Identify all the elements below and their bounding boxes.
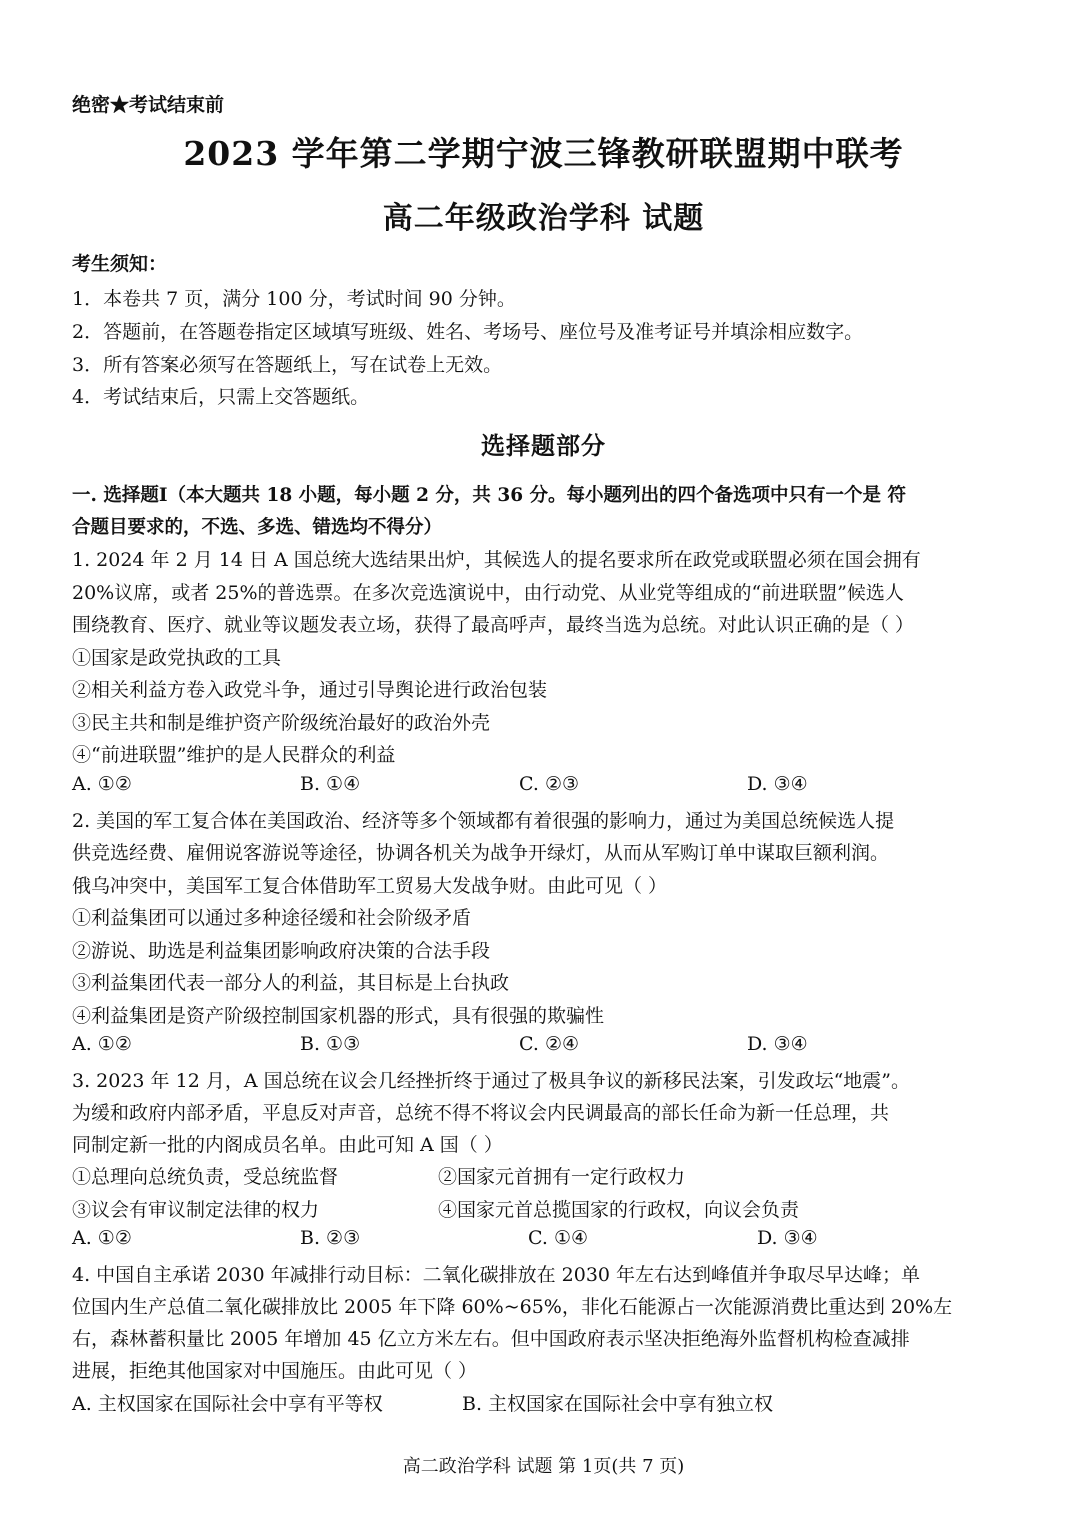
option-b: B. ①④ — [300, 773, 360, 795]
option-b: B. ①③ — [300, 1033, 360, 1055]
statement: ①国家是政党执政的工具 — [72, 643, 281, 670]
statement: ④“前进联盟”维护的是人民群众的利益 — [72, 740, 395, 767]
question-stem: 2. 美国的军工复合体在美国政治、经济等多个领域都有着很强的影响力，通过为美国总… — [72, 806, 894, 833]
option-c: C. ②④ — [519, 1033, 579, 1055]
notice-item: 1．本卷共 7 页，满分 100 分，考试时间 90 分钟。 — [72, 284, 516, 311]
question-stem: 围绕教育、医疗、就业等议题发表立场，获得了最高呼声，最终当选为总统。对此认识正确… — [72, 610, 914, 637]
option-a: A. 主权国家在国际社会中享有平等权 — [72, 1389, 383, 1416]
statement: ④国家元首总揽国家的行政权，向议会负责 — [438, 1195, 799, 1222]
notice-item: 4．考试结束后，只需上交答题纸。 — [72, 382, 369, 409]
question-stem: 右，森林蓄积量比 2005 年增加 45 亿立方米左右。但中国政府表示坚决拒绝海… — [72, 1324, 910, 1351]
part-heading: 一. 选择题Ⅰ（本大题共 18 小题，每小题 2 分，共 36 分。每小题列出的… — [72, 481, 906, 507]
statement: ②相关利益方卷入政党斗争，通过引导舆论进行政治包装 — [72, 675, 547, 702]
exam-page: 绝密★考试结束前 2023 学年第二学期宁波三锋教研联盟期中联考 高二年级政治学… — [0, 0, 1087, 1535]
option-d: D. ③④ — [747, 1033, 808, 1055]
statement: ③民主共和制是维护资产阶级统治最好的政治外壳 — [72, 708, 490, 735]
question-stem: 进展，拒绝其他国家对中国施压。由此可见（ ） — [72, 1356, 477, 1383]
option-d: D. ③④ — [747, 773, 808, 795]
question-stem: 供竞选经费、雇佣说客游说等途径，协调各机关为战争开绿灯，从而从军购订单中谋取巨额… — [72, 838, 889, 865]
exam-title: 2023 学年第二学期宁波三锋教研联盟期中联考 — [0, 128, 1087, 175]
statement: ①利益集团可以通过多种途径缓和社会阶级矛盾 — [72, 903, 471, 930]
statement: ②国家元首拥有一定行政权力 — [438, 1162, 685, 1189]
question-stem: 4. 中国自主承诺 2030 年减排行动目标：二氧化碳排放在 2030 年左右达… — [72, 1260, 920, 1287]
statement: ③利益集团代表一部分人的利益，其目标是上台执政 — [72, 968, 509, 995]
exam-subtitle: 高二年级政治学科 试题 — [0, 193, 1087, 237]
option-b: B. ②③ — [300, 1227, 360, 1249]
notice-item: 3．所有答案必须写在答题纸上，写在试卷上无效。 — [72, 350, 502, 377]
question-stem: 20%议席，或者 25%的普选票。在多次竞选演说中，由行动党、从业党等组成的“前… — [72, 578, 904, 605]
section-title: 选择题部分 — [0, 426, 1087, 461]
option-a: A. ①② — [72, 1227, 132, 1249]
confidential-label: 绝密★考试结束前 — [72, 90, 224, 117]
question-stem: 1. 2024 年 2 月 14 日 A 国总统大选结果出炉，其候选人的提名要求… — [72, 545, 921, 572]
statement: ④利益集团是资产阶级控制国家机器的形式，具有很强的欺骗性 — [72, 1001, 604, 1028]
option-b: B. 主权国家在国际社会中享有独立权 — [462, 1389, 773, 1416]
question-stem: 3. 2023 年 12 月，A 国总统在议会几经挫折终于通过了极具争议的新移民… — [72, 1066, 910, 1093]
option-a: A. ①② — [72, 773, 132, 795]
notice-heading: 考生须知： — [72, 249, 167, 276]
statement: ①总理向总统负责，受总统监督 — [72, 1162, 338, 1189]
option-a: A. ①② — [72, 1033, 132, 1055]
page-footer: 高二政治学科 试题 第 1页(共 7 页) — [0, 1452, 1087, 1478]
option-d: D. ③④ — [757, 1227, 818, 1249]
option-c: C. ①④ — [528, 1227, 588, 1249]
statement: ②游说、助选是利益集团影响政府决策的合法手段 — [72, 936, 490, 963]
statement: ③议会有审议制定法律的权力 — [72, 1195, 319, 1222]
question-stem: 俄乌冲突中，美国军工复合体借助军工贸易大发战争财。由此可见（ ） — [72, 871, 667, 898]
notice-item: 2．答题前，在答题卷指定区域填写班级、姓名、考场号、座位号及准考证号并填涂相应数… — [72, 317, 863, 344]
question-stem: 为缓和政府内部矛盾，平息反对声音，总统不得不将议会内民调最高的部长任命为新一任总… — [72, 1098, 889, 1125]
question-stem: 位国内生产总值二氧化碳排放比 2005 年下降 60%~65%，非化石能源占一次… — [72, 1292, 952, 1319]
question-stem: 同制定新一批的内阁成员名单。由此可知 A 国（ ） — [72, 1130, 503, 1157]
part-heading: 合题目要求的，不选、多选、错选均不得分） — [72, 513, 442, 539]
option-c: C. ②③ — [519, 773, 579, 795]
